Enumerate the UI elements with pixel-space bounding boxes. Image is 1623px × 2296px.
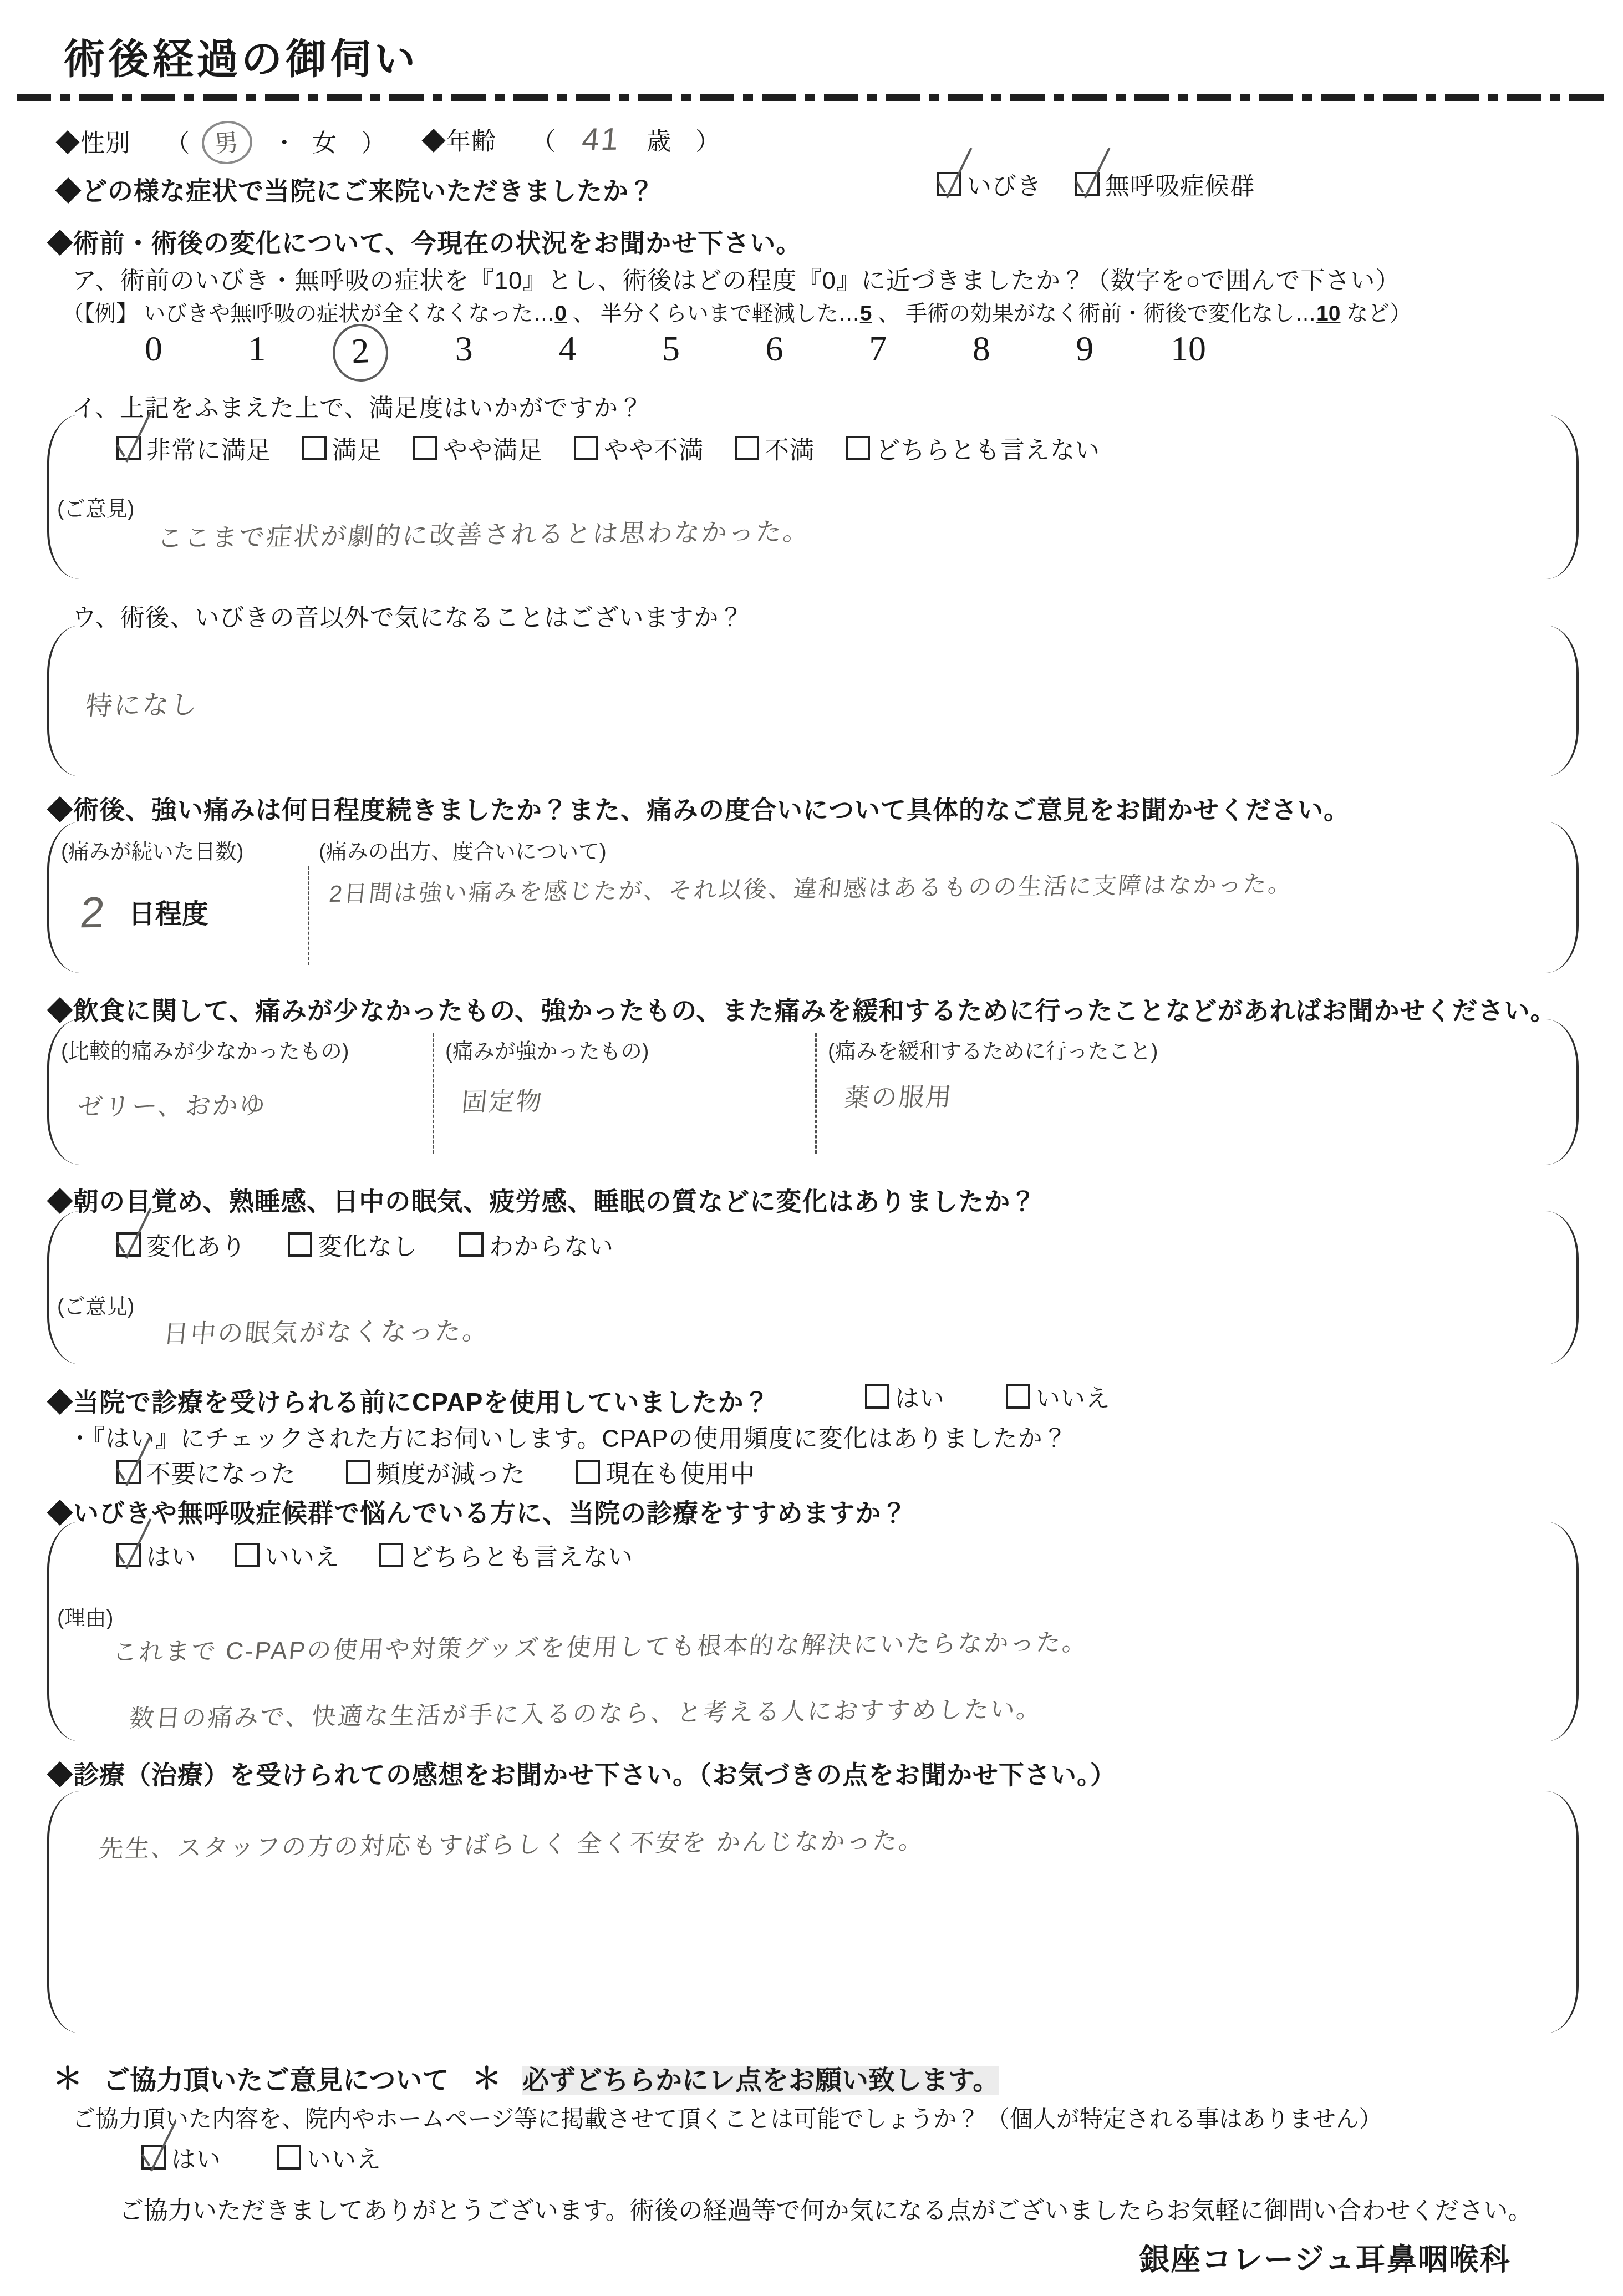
column-divider: [308, 866, 309, 965]
scale-0[interactable]: 0: [136, 328, 171, 374]
checkbox-mukokyu[interactable]: [1075, 172, 1100, 196]
option-label: 不要になった: [146, 1454, 296, 1490]
age-value-handwritten[interactable]: 41: [581, 121, 622, 158]
option-label: 変化なし: [318, 1227, 418, 1262]
left-bracket: [47, 1211, 82, 1364]
cpap-freq-option-2[interactable]: 現在も使用中: [576, 1454, 755, 1490]
scale-2-circled[interactable]: 2: [332, 322, 390, 383]
scale-5[interactable]: 5: [653, 328, 689, 374]
pain-days-label: (痛みが続いた日数): [61, 834, 243, 865]
cpap-pre-option-no[interactable]: いいえ: [1006, 1379, 1111, 1414]
checkbox-susume-iie[interactable]: [235, 1543, 260, 1567]
paren: ）: [361, 130, 386, 157]
scale-9[interactable]: 9: [1067, 328, 1102, 374]
satisfaction-option-1[interactable]: 満足: [302, 430, 382, 466]
impression-header: ◆診療（治療）を受けられての感想をお聞かせ下さい。（お気づきの点をお聞かせ下さい…: [47, 1755, 1116, 1791]
right-bracket: [1544, 1019, 1579, 1165]
right-bracket: [1544, 822, 1579, 973]
publish-question: ご協力頂いた内容を、院内やホームページ等に掲載させて頂くことは可能でしょうか？ …: [72, 2101, 1382, 2134]
pain-comment-handwritten: 2日間は強い痛みを感じたが、それ以後、違和感はあるものの生活に支障はなかった。: [328, 866, 1295, 909]
right-bracket: [1544, 1522, 1579, 1741]
option-label: やや満足: [443, 430, 543, 466]
column-divider: [433, 1033, 434, 1154]
symptom-options: いびき 無呼吸症候群: [937, 166, 1255, 202]
food-col2-answer-handwritten: 薬の服用: [843, 1076, 955, 1114]
checkbox-susume-dochira[interactable]: [379, 1543, 403, 1567]
clinic-name: 銀座コレージュ耳鼻咽喉科: [1139, 2236, 1511, 2279]
checkbox-keisai-iie[interactable]: [277, 2145, 301, 2170]
checkbox-genzai-shiyochu[interactable]: [576, 1460, 600, 1484]
change-sub-a: ア、術前のいびき・無呼吸の症状を『10』とし、術後はどの程度『0』に近づきました…: [72, 261, 1400, 296]
column-divider: [815, 1033, 817, 1154]
satisfaction-comment-handwritten: ここまで症状が劇的に改善されるとは思わなかった。: [156, 511, 812, 555]
checkbox-henka-ari[interactable]: [116, 1232, 141, 1257]
checkbox-dochira[interactable]: [846, 436, 870, 460]
checkbox-hijoni-manzoku[interactable]: [116, 436, 141, 460]
satisfaction-option-4[interactable]: 不満: [735, 430, 815, 466]
sleep-option-2[interactable]: わからない: [459, 1227, 614, 1262]
gender-field: ◆性別 （ 男 ・ 女 ）: [55, 121, 386, 164]
example-text: 、 半分くらいまで軽減した…: [567, 302, 860, 326]
cpap-freq-options: 不要になった 頻度が減った 現在も使用中: [116, 1454, 755, 1490]
satisfaction-options: 非常に満足 満足 やや満足 やや不満 不満 どちらとも言えない: [116, 430, 1100, 466]
cpap-sub-question: ・『はい』にチェックされた方にお伺いします。CPAPの使用頻度に変化はありました…: [68, 1419, 1068, 1454]
concerns-answer-handwritten: 特になし: [84, 683, 201, 723]
thanks-message: ご協力いただきましてありがとうございます。術後の経過等で何か気になる点がございま…: [119, 2191, 1532, 2226]
cpap-freq-option-0[interactable]: 不要になった: [116, 1454, 296, 1490]
example-text: 、 手術の効果がなく術前・術後で変化なし…: [872, 302, 1316, 326]
paren: ）: [695, 128, 720, 155]
checkbox-cpap-iie[interactable]: [1006, 1384, 1030, 1409]
sleep-comment-handwritten: 日中の眠気がなくなった。: [162, 1310, 492, 1350]
symptom-option-ibiki[interactable]: いびき: [937, 166, 1042, 202]
asterisk: ＊: [472, 2063, 502, 2096]
checkbox-cpap-hai[interactable]: [865, 1384, 889, 1409]
food-col0-answer-handwritten: ゼリー、おかゆ: [76, 1085, 269, 1124]
satisfaction-answer-box: 非常に満足 満足 やや満足 やや不満 不満 どちらとも言えない (ご意見) ここ…: [47, 415, 1579, 579]
cpap-pre-option-yes[interactable]: はい: [865, 1379, 945, 1414]
comment-label: (ご意見): [57, 491, 134, 522]
recommend-answer-box: はい いいえ どちらとも言えない (理由) これまで C-PAPの使用や対策グッ…: [47, 1522, 1579, 1741]
title-divider: [17, 94, 1606, 101]
pain-answer-box: (痛みが続いた日数) (痛みの出方、度合いについて) 2日間は強い痛みを感じたが…: [47, 822, 1579, 973]
food-col0-label: (比較的痛みが少なかったもの): [61, 1034, 349, 1064]
publish-options: はい いいえ: [141, 2140, 381, 2175]
recommend-option-no[interactable]: いいえ: [235, 1537, 340, 1573]
option-label: 無呼吸症候群: [1105, 166, 1255, 202]
paren: （: [165, 130, 190, 157]
checkbox-yaya-fuman[interactable]: [574, 436, 598, 460]
scale-7[interactable]: 7: [860, 328, 896, 374]
left-bracket: [47, 1791, 82, 2033]
scale-8[interactable]: 8: [964, 328, 999, 374]
age-field: ◆年齢 （ 41 歳 ）: [421, 121, 720, 157]
example-num-10: 10: [1316, 302, 1340, 326]
pain-header: ◆術後、強い痛みは何日程度続きましたか？また、痛みの度合いについて具体的なご意見…: [47, 790, 1350, 826]
footer-note: ＊ ご協力頂いたご意見について ＊ 必ずどちらかにレ点をお願い致します。: [53, 2055, 999, 2098]
recommend-reason-line2-handwritten: 数日の痛みで、快適な生活が手に入るのなら、と考える人におすすめしたい。: [128, 1689, 1044, 1734]
satisfaction-option-5[interactable]: どちらとも言えない: [846, 430, 1100, 466]
publish-option-no[interactable]: いいえ: [277, 2140, 381, 2175]
option-label: 不満: [765, 430, 815, 466]
checkbox-keisai-hai[interactable]: [141, 2145, 166, 2170]
scale-3[interactable]: 3: [446, 328, 482, 374]
impression-answer-box: 先生、スタッフの方の対応もすばらしく 全く不安を かんじなかった。: [47, 1791, 1579, 2033]
scale-4[interactable]: 4: [550, 328, 585, 374]
example-text: （【例】 いびきや無呼吸の症状が全くなくなった…: [62, 302, 554, 326]
option-label: わからない: [489, 1227, 614, 1262]
option-label: どちらとも言えない: [409, 1537, 633, 1573]
option-label: はい: [895, 1379, 945, 1414]
right-bracket: [1544, 415, 1579, 579]
symptom-question: ◆どの様な症状で当院にご来院いただきましたか？: [55, 171, 655, 207]
satisfaction-option-3[interactable]: やや不満: [574, 430, 704, 466]
checkbox-yaya-manzoku[interactable]: [413, 436, 437, 460]
symptom-option-mukokyu[interactable]: 無呼吸症候群: [1075, 166, 1255, 202]
publish-option-yes[interactable]: はい: [141, 2140, 221, 2175]
sleep-option-1[interactable]: 変化なし: [288, 1227, 418, 1262]
right-bracket: [1544, 1211, 1579, 1364]
option-label: やや不満: [604, 430, 704, 466]
questionnaire-page: 術後経過の御伺い ◆性別 （ 男 ・ 女 ） ◆年齢 （ 41 歳 ） ◆どの様…: [0, 0, 1623, 2296]
checkbox-manzoku[interactable]: [302, 436, 327, 460]
example-text: など）: [1340, 302, 1411, 326]
option-label: はい: [146, 1537, 196, 1573]
age-unit: 歳: [647, 128, 671, 155]
option-label: 変化あり: [146, 1227, 246, 1262]
paren: （: [531, 128, 556, 155]
concerns-answer-box: 特になし: [47, 626, 1579, 776]
left-bracket: [47, 626, 82, 776]
recommend-options: はい いいえ どちらとも言えない: [116, 1537, 633, 1573]
right-bracket: [1544, 1791, 1579, 2033]
page-title: 術後経過の御伺い: [64, 27, 419, 85]
option-label: いいえ: [1036, 1379, 1111, 1414]
food-answer-box: (比較的痛みが少なかったもの) (痛みが強かったもの) (痛みを緩和するために行…: [47, 1019, 1579, 1165]
option-label: いびき: [967, 166, 1042, 202]
option-label: いいえ: [265, 1537, 340, 1573]
sleep-options: 変化あり 変化なし わからない: [116, 1227, 614, 1262]
right-bracket: [1544, 626, 1579, 776]
change-header: ◆術前・術後の変化について、今現在の状況をお聞かせ下さい。: [47, 223, 802, 260]
checkbox-fuman[interactable]: [735, 436, 759, 460]
asterisk: ＊: [53, 2063, 83, 2096]
option-label: 頻度が減った: [376, 1454, 526, 1490]
checkbox-henka-nashi[interactable]: [288, 1232, 312, 1257]
option-label: いいえ: [307, 2140, 381, 2175]
comment-label: (ご意見): [57, 1289, 134, 1319]
sleep-answer-box: 変化あり 変化なし わからない (ご意見) 日中の眠気がなくなった。: [47, 1211, 1579, 1364]
option-label: 満足: [332, 430, 382, 466]
option-label: どちらとも言えない: [876, 430, 1100, 466]
checkbox-hindo-hetta[interactable]: [346, 1460, 370, 1484]
severity-scale: 0 1 2 3 4 5 6 7 8 9 10: [136, 328, 1206, 374]
example-num-0: 0: [554, 302, 567, 326]
food-col1-label: (痛みが強かったもの): [445, 1034, 649, 1064]
gender-male-circled[interactable]: 男: [200, 119, 254, 166]
checkbox-susume-hai[interactable]: [116, 1543, 141, 1567]
scale-1[interactable]: 1: [240, 328, 275, 374]
checkbox-wakaranai[interactable]: [459, 1232, 484, 1257]
option-label: 現在も使用中: [606, 1454, 755, 1490]
pain-days-value-handwritten[interactable]: 2: [78, 887, 109, 938]
footer-note-required: 必ずどちらかにレ点をお願い致します。: [522, 2066, 999, 2095]
example-num-5: 5: [860, 302, 872, 326]
pain-days-field: 2 日程度: [80, 887, 208, 938]
pain-detail-label: (痛みの出方、度合いについて): [319, 834, 607, 865]
footer-note-title: ご協力頂いたご意見について: [103, 2066, 449, 2095]
recommend-reason-line1-handwritten: これまで C-PAPの使用や対策グッズを使用しても根本的な解決にいたらなかった。: [111, 1622, 1090, 1668]
option-label: 非常に満足: [146, 430, 271, 466]
age-label: ◆年齢: [421, 128, 496, 155]
separator-dot: ・: [272, 130, 297, 157]
impression-comment-handwritten: 先生、スタッフの方の対応もすばらしく 全く不安を かんじなかった。: [98, 1820, 927, 1865]
recommend-option-yes[interactable]: はい: [116, 1537, 196, 1573]
checkbox-fuyo[interactable]: [116, 1460, 141, 1484]
gender-label: ◆性別: [55, 130, 130, 157]
satisfaction-option-2[interactable]: やや満足: [413, 430, 543, 466]
gender-female[interactable]: 女: [312, 130, 337, 157]
left-bracket: [47, 1522, 82, 1741]
scale-10[interactable]: 10: [1171, 328, 1206, 374]
scale-6[interactable]: 6: [757, 328, 792, 374]
change-example: （【例】 いびきや無呼吸の症状が全くなくなった…0 、 半分くらいまで軽減した……: [62, 296, 1411, 327]
checkbox-ibiki[interactable]: [937, 172, 961, 196]
recommend-option-neither[interactable]: どちらとも言えない: [379, 1537, 633, 1573]
cpap-question: ◆当院で診療を受けられる前にCPAPを使用していましたか？: [47, 1382, 770, 1419]
satisfaction-option-0[interactable]: 非常に満足: [116, 430, 271, 466]
option-label: はい: [171, 2140, 221, 2175]
cpap-pre-options: はい いいえ: [865, 1379, 1111, 1414]
food-col2-label: (痛みを緩和するために行ったこと): [828, 1034, 1158, 1064]
food-col1-answer-handwritten: 固定物: [460, 1081, 545, 1119]
pain-days-unit: 日程度: [129, 900, 208, 929]
cpap-freq-option-1[interactable]: 頻度が減った: [346, 1454, 526, 1490]
reason-label: (理由): [57, 1601, 113, 1631]
sleep-option-0[interactable]: 変化あり: [116, 1227, 246, 1262]
